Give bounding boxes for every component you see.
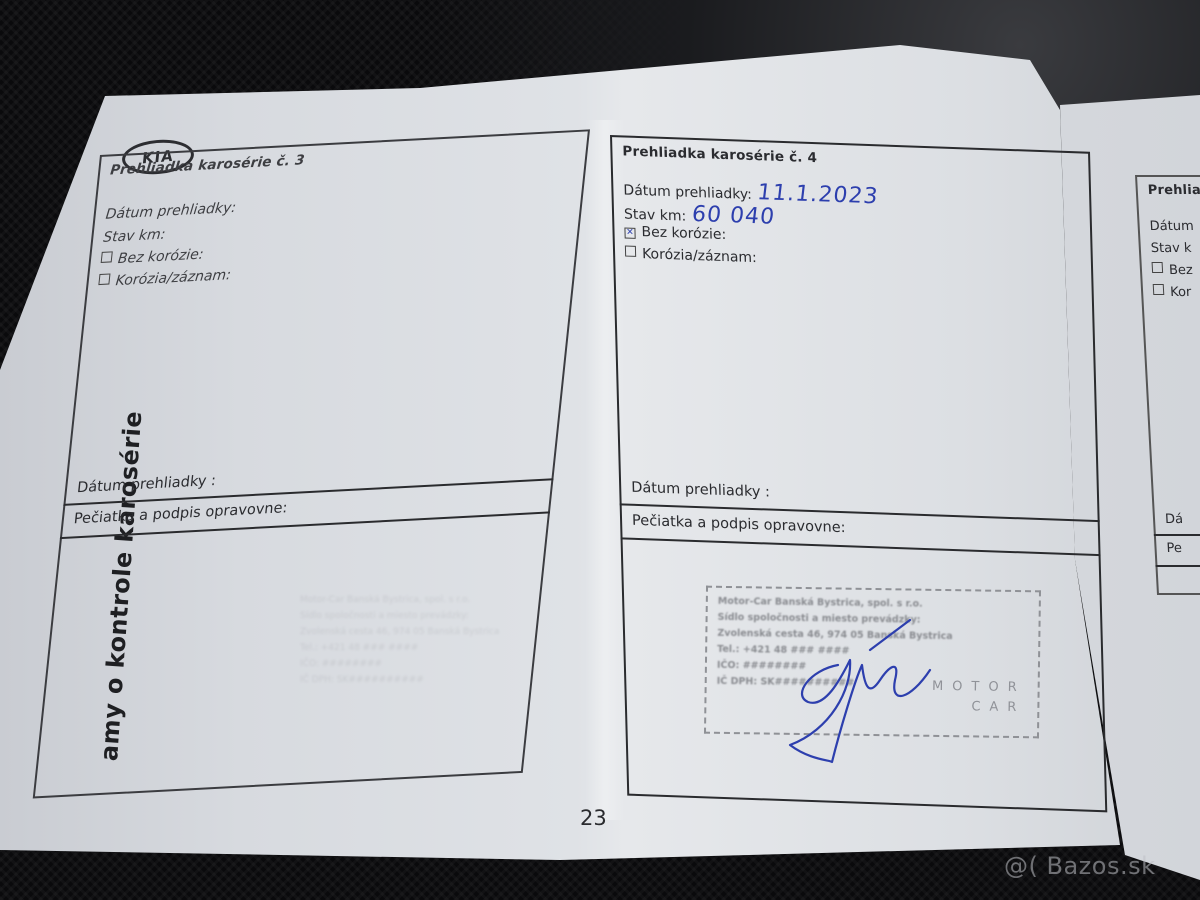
inspection-5-date-partial: Dátum xyxy=(1149,219,1194,234)
corrosion-label: Korózia/záznam: xyxy=(115,267,232,289)
divider xyxy=(1154,534,1200,536)
no-corrosion-label: Bez korózie: xyxy=(117,247,204,268)
inspection-3-no-corrosion: Bez korózie: xyxy=(100,247,204,268)
checkbox[interactable] xyxy=(1152,262,1164,273)
date-label: Dátum prehliadky: xyxy=(105,200,237,223)
no-corrosion-checkbox-checked[interactable]: ✕ xyxy=(624,228,635,239)
bazos-watermark: @( Bazos.sk xyxy=(1004,852,1155,880)
checkbox[interactable] xyxy=(1153,284,1165,295)
signature-icon xyxy=(770,610,950,770)
no-corrosion-checkbox[interactable] xyxy=(101,251,113,263)
inspection-4-no-corrosion: ✕ Bez korózie: xyxy=(624,223,726,243)
inspection-3-box: Prehliadka karosérie č. 3 Dátum prehliad… xyxy=(33,129,590,798)
inspection-4-footer-date-label: Dátum prehliadky : xyxy=(631,480,770,501)
inspection-3-stamp-label: Pečiatka a podpis opravovne: xyxy=(73,500,288,527)
divider xyxy=(621,537,1101,556)
corrosion-checkbox[interactable] xyxy=(625,246,636,257)
inspection-3-footer-date-label: Dátum prehliadky : xyxy=(76,473,216,496)
inspection-3-title: Prehliadka karosérie č. 3 xyxy=(109,152,305,178)
inspection-5-km-partial: Stav k xyxy=(1150,241,1191,256)
km-label: Stav km: xyxy=(624,206,687,224)
inspection-5-corrosion-partial: Kor xyxy=(1153,285,1192,300)
inspection-3-date-field: Dátum prehliadky: xyxy=(105,200,243,223)
page-number: 23 xyxy=(580,806,607,830)
inspection-5-stamp-partial: Pe xyxy=(1166,541,1182,556)
label: Bez xyxy=(1169,263,1194,278)
inspection-4-corrosion: Korózia/záznam: xyxy=(625,246,757,267)
no-corrosion-label: Bez korózie: xyxy=(641,224,726,243)
inspection-5-no-corrosion-partial: Bez xyxy=(1152,263,1194,278)
inspection-5-footer-date-partial: Dá xyxy=(1165,512,1184,527)
corrosion-checkbox[interactable] xyxy=(98,273,110,285)
inspection-3-corrosion: Korózia/záznam: xyxy=(98,267,232,290)
km-label: Stav km: xyxy=(102,227,166,246)
inspection-4-title: Prehliadka karosérie č. 4 xyxy=(622,143,817,166)
divider xyxy=(1155,565,1200,567)
label: Kor xyxy=(1170,285,1192,300)
inspection-4-stamp-label: Pečiatka a podpis opravovne: xyxy=(632,513,846,536)
inspection-3-km-field: Stav km: xyxy=(102,226,172,246)
corrosion-label: Korózia/záznam: xyxy=(642,246,757,266)
inspection-5-title-partial: Prehlia xyxy=(1147,183,1200,198)
